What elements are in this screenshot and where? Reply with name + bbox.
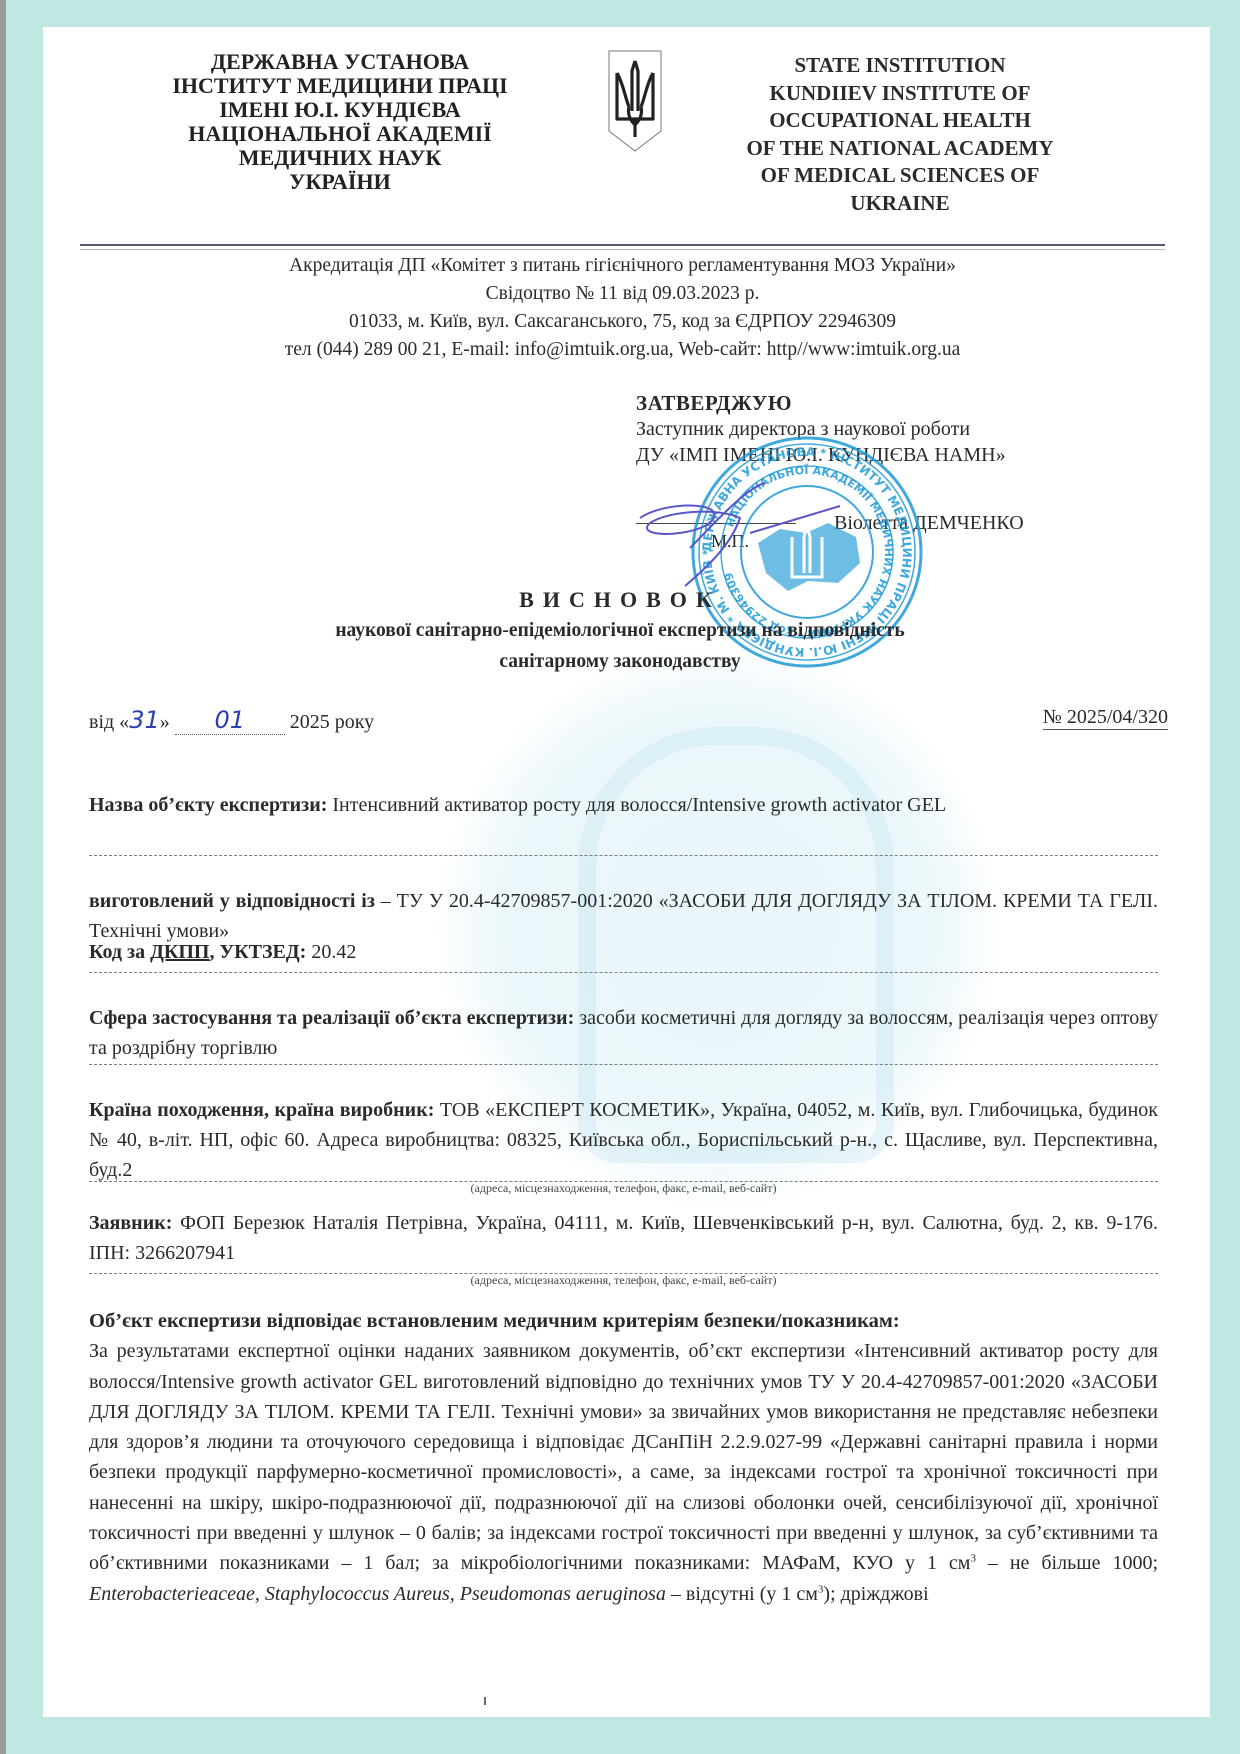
handwritten-month: 01 (214, 706, 245, 734)
accreditation-line: Акредитація ДП «Комітет з питань гігієні… (80, 252, 1165, 280)
approval-title: ЗАТВЕРДЖУЮ (636, 390, 1086, 416)
letterhead-en-line: STATE INSTITUTION (690, 52, 1110, 80)
letterhead-en-line: UKRAINE (690, 190, 1110, 218)
field-label: Заявник: (89, 1212, 172, 1234)
scan-edge (0, 0, 6, 1754)
organism-names: Enterobacterieaceae, Staphylococcus Aure… (89, 1583, 666, 1605)
contacts-line: тел (044) 289 00 21, E-mail: info@imtuik… (80, 336, 1165, 364)
letterhead-divider (80, 244, 1165, 250)
code-field: Код за ДКПП, УКТЗЕД: 20.42 (89, 937, 1158, 967)
letterhead-ua-line: ІНСТИТУТ МЕДИЦИНИ ПРАЦІ (140, 74, 540, 98)
certificate-line: Свідоцтво № 11 від 09.03.2023 р. (80, 280, 1165, 308)
document-subtitle: наукової санітарно-епідеміологічної експ… (200, 615, 1040, 646)
field-label: Сфера застосування та реалізації об’єкта… (89, 1007, 574, 1029)
letterhead-en-line: OCCUPATIONAL HEALTH (690, 107, 1110, 135)
conclusion-heading: Об’єкт експертизи відповідає встановлени… (89, 1306, 1158, 1336)
origin-field: Країна походження, країна виробник: ТОВ … (89, 1095, 1158, 1185)
field-label: Код за ДКПП, УКТЗЕД: (89, 941, 306, 963)
letterhead-ua-line: ДЕРЖАВНА УСТАНОВА (140, 50, 540, 74)
conclusion-text: За результатами експертної оцінки надани… (89, 1336, 1158, 1609)
field-rule (89, 855, 1158, 856)
letterhead-english: STATE INSTITUTION KUNDIIEV INSTITUTE OF … (690, 52, 1110, 217)
address-caption: (адреса, місцезнаходження, телефон, факс… (89, 1181, 1158, 1196)
signature-icon (630, 478, 860, 588)
field-rule (89, 1064, 1158, 1065)
date-number-row: від «31» 01 2025 року № 2025/04/320 (89, 706, 1169, 735)
letterhead-ua-line: ІМЕНІ Ю.І. КУНДІЄВА (140, 98, 540, 122)
letterhead-ua-line: МЕДИЧНИХ НАУК (140, 146, 540, 170)
address-caption: (адреса, місцезнаходження, телефон, факс… (89, 1273, 1158, 1288)
letterhead-en-line: OF THE NATIONAL ACADEMY (690, 135, 1110, 163)
object-name-field: Назва об’єкту експертизи: Інтенсивний ак… (89, 790, 1158, 820)
scan-speck (484, 1697, 486, 1705)
field-value: ФОП Березюк Наталія Петрівна, Україна, 0… (89, 1212, 1158, 1264)
document-title: ВИСНОВОК (200, 585, 1040, 615)
document-subtitle: санітарному законодавству (200, 646, 1040, 677)
letterhead-ukrainian: ДЕРЖАВНА УСТАНОВА ІНСТИТУТ МЕДИЦИНИ ПРАЦ… (140, 50, 540, 194)
applicant-field: Заявник: ФОП Березюк Наталія Петрівна, У… (89, 1208, 1158, 1268)
accreditation-block: Акредитація ДП «Комітет з питань гігієні… (80, 252, 1165, 364)
address-line: 01033, м. Київ, вул. Саксаганського, 75,… (80, 308, 1165, 336)
field-value: 20.42 (311, 941, 356, 963)
field-label: Країна походження, країна виробник: (89, 1099, 434, 1121)
letterhead-en-line: OF MEDICAL SCIENCES OF (690, 162, 1110, 190)
field-rule (89, 972, 1158, 973)
date-year: 2025 року (290, 711, 374, 733)
ukraine-trident-icon (607, 49, 663, 153)
document-title-block: ВИСНОВОК наукової санітарно-епідеміологі… (200, 585, 1040, 677)
letterhead-ua-line: УКРАЇНИ (140, 170, 540, 194)
month-field: 01 (175, 706, 285, 735)
field-label: виготовлений у відповідності із (89, 890, 375, 912)
conclusion-section: Об’єкт експертизи відповідає встановлени… (89, 1306, 1158, 1609)
field-value: Інтенсивний активатор росту для волосся/… (332, 794, 946, 816)
handwritten-day: 31 (129, 706, 160, 734)
field-label: Назва об’єкту експертизи: (89, 794, 327, 816)
letterhead-ua-line: НАЦІОНАЛЬНОЇ АКАДЕМІЇ (140, 122, 540, 146)
letterhead-en-line: KUNDIIEV INSTITUTE OF (690, 80, 1110, 108)
scope-field: Сфера застосування та реалізації об’єкта… (89, 1003, 1158, 1063)
document-number: № 2025/04/320 (1043, 706, 1168, 730)
